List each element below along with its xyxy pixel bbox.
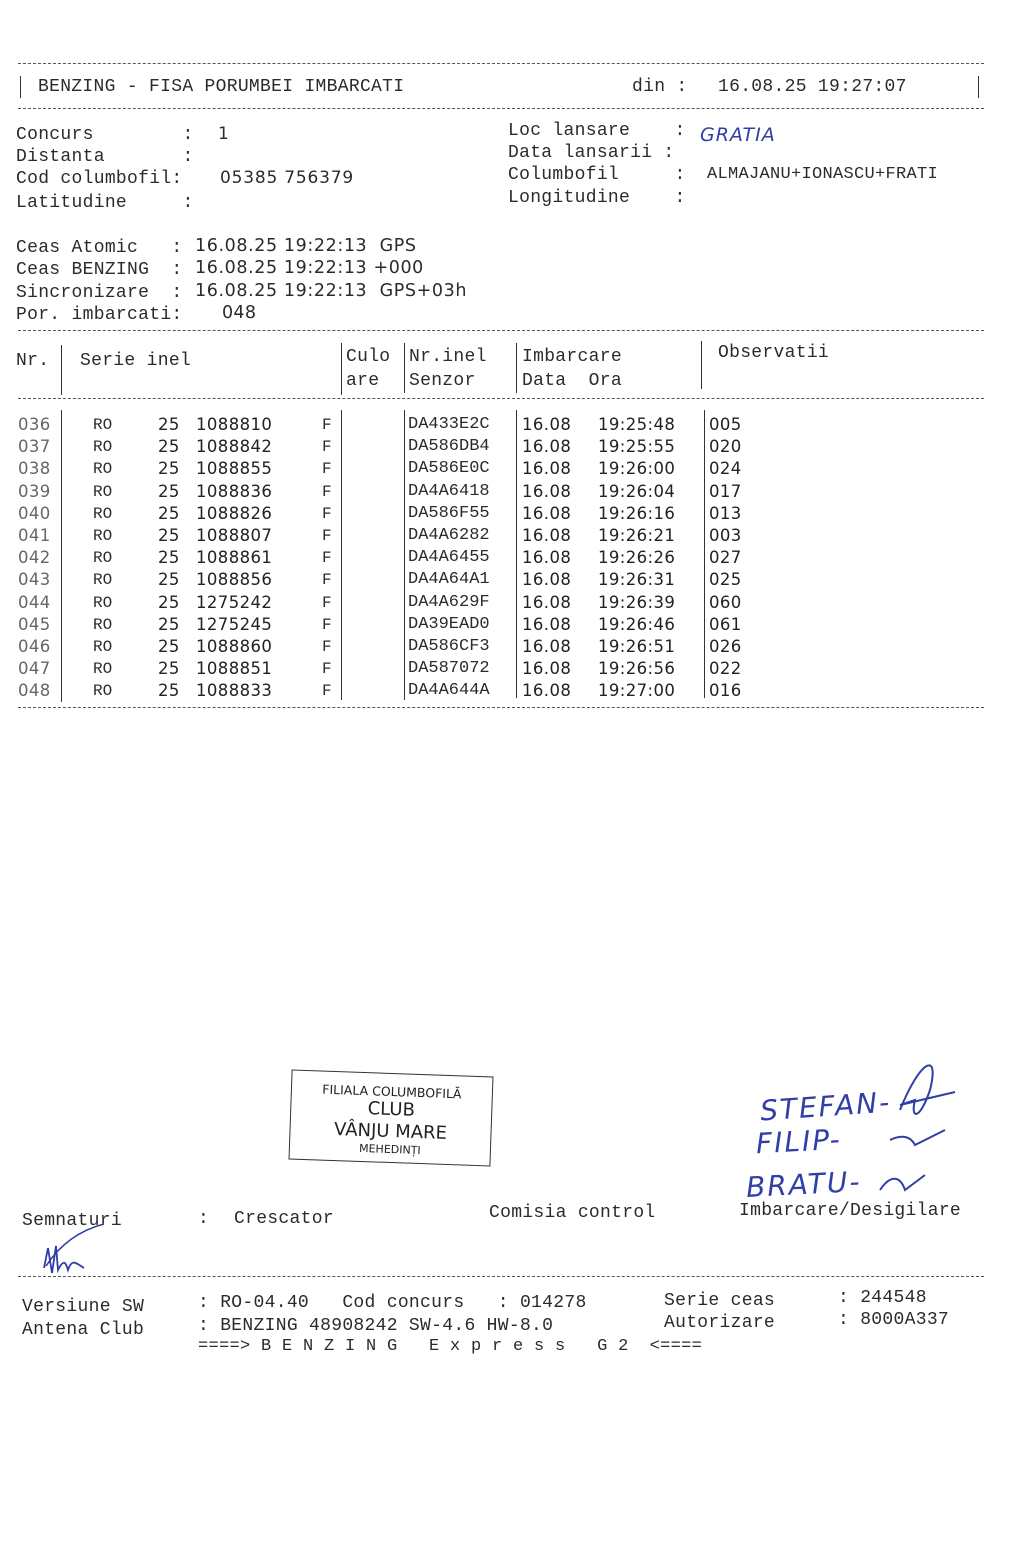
row-sex: F xyxy=(322,569,332,591)
row-date: 16.08 xyxy=(522,525,571,547)
row-country: RO xyxy=(93,503,112,525)
row-observatii: 013 xyxy=(709,503,742,525)
row-observatii: 025 xyxy=(709,569,742,591)
header-culoare-1: Culo xyxy=(346,346,390,369)
loc-lansare-label: Loc lansare : xyxy=(508,120,686,143)
row-ring-number: 1088807 xyxy=(196,525,272,547)
row-ring-number: 1275242 xyxy=(196,592,272,614)
serie-ceas-value: : 244548 xyxy=(838,1287,927,1310)
row-year: 25 xyxy=(158,614,180,636)
row-country: RO xyxy=(93,547,112,569)
row-sensor: DA4A64A1 xyxy=(408,569,490,591)
table-row: 044RO251275242FDA4A629F16.0819:26:39060 xyxy=(0,592,1024,614)
ceas-atomic-label: Ceas Atomic : xyxy=(16,237,183,260)
row-ring-number: 1088855 xyxy=(196,458,272,480)
row-time: 19:27:00 xyxy=(598,680,675,702)
row-time: 19:26:51 xyxy=(598,636,675,658)
table-row: 036RO251088810FDA433E2C16.0819:25:48005 xyxy=(0,414,1024,436)
row-country: RO xyxy=(93,414,112,436)
row-sensor: DA586CF3 xyxy=(408,636,490,658)
divider xyxy=(18,398,984,399)
column-separator xyxy=(516,343,517,393)
row-observatii: 024 xyxy=(709,458,742,480)
row-ring-number: 1088826 xyxy=(196,503,272,525)
row-observatii: 020 xyxy=(709,436,742,458)
semnaturi-colon: : xyxy=(198,1208,209,1231)
row-ring-number: 1088861 xyxy=(196,547,272,569)
row-year: 25 xyxy=(158,658,180,680)
row-observatii: 022 xyxy=(709,658,742,680)
table-row: 041RO251088807FDA4A628216.0819:26:21003 xyxy=(0,525,1024,547)
row-date: 16.08 xyxy=(522,503,571,525)
row-sensor: DA4A6455 xyxy=(408,547,490,569)
row-year: 25 xyxy=(158,436,180,458)
row-nr: 040 xyxy=(18,503,51,525)
row-year: 25 xyxy=(158,592,180,614)
row-time: 19:26:39 xyxy=(598,592,675,614)
row-date: 16.08 xyxy=(522,458,571,480)
concurs-label: Concurs : xyxy=(16,124,194,147)
row-date: 16.08 xyxy=(522,481,571,503)
ceas-benzing-value: 16.08.25 19:22:13 +000 xyxy=(195,257,424,280)
row-sensor: DA4A6418 xyxy=(408,481,490,503)
table-row: 038RO251088855FDA586E0C16.0819:26:00024 xyxy=(0,458,1024,480)
row-sensor: DA39EAD0 xyxy=(408,614,490,636)
longitudine-label: Longitudine : xyxy=(508,187,686,210)
row-date: 16.08 xyxy=(522,547,571,569)
row-country: RO xyxy=(93,436,112,458)
row-country: RO xyxy=(93,481,112,503)
table-row: 042RO251088861FDA4A645516.0819:26:26027 xyxy=(0,547,1024,569)
concurs-value: 1 xyxy=(218,123,229,146)
row-date: 16.08 xyxy=(522,680,571,702)
row-observatii: 017 xyxy=(709,481,742,503)
versiune-sw-value: : RO-04.40 Cod concurs : 014278 xyxy=(198,1292,587,1315)
row-country: RO xyxy=(93,592,112,614)
row-year: 25 xyxy=(158,503,180,525)
document-title: BENZING - FISA PORUMBEI IMBARCATI xyxy=(38,76,404,99)
header-imbarcare-1: Imbarcare xyxy=(522,346,622,369)
divider xyxy=(18,707,984,708)
distanta-label: Distanta : xyxy=(16,146,194,169)
row-observatii: 003 xyxy=(709,525,742,547)
row-country: RO xyxy=(93,658,112,680)
antena-club-value: : BENZING 48908242 SW-4.6 HW-8.0 xyxy=(198,1315,553,1338)
row-time: 19:26:26 xyxy=(598,547,675,569)
benzing-express-banner: ====> B E N Z I N G E x p r e s s G 2 <=… xyxy=(198,1336,702,1359)
row-ring-number: 1088851 xyxy=(196,658,272,680)
row-sex: F xyxy=(322,658,332,680)
row-observatii: 026 xyxy=(709,636,742,658)
header-culoare-2: are xyxy=(346,370,379,393)
row-time: 19:26:00 xyxy=(598,458,675,480)
antena-club-label: Antena Club xyxy=(22,1319,144,1342)
row-sex: F xyxy=(322,547,332,569)
row-sensor: DA4A644A xyxy=(408,680,490,702)
row-time: 19:26:16 xyxy=(598,503,675,525)
row-ring-number: 1088842 xyxy=(196,436,272,458)
row-sensor: DA4A6282 xyxy=(408,525,490,547)
table-row: 039RO251088836FDA4A641816.0819:26:04017 xyxy=(0,481,1024,503)
row-sensor: DA587072 xyxy=(408,658,490,680)
row-nr: 042 xyxy=(18,547,51,569)
row-date: 16.08 xyxy=(522,569,571,591)
divider xyxy=(18,330,984,331)
row-time: 19:26:04 xyxy=(598,481,675,503)
signature-filip: FILIP- xyxy=(755,1123,842,1160)
porumbei-imbarcati-value: 048 xyxy=(222,302,256,325)
row-time: 19:26:56 xyxy=(598,658,675,680)
latitudine-label: Latitudine : xyxy=(16,192,194,215)
row-year: 25 xyxy=(158,414,180,436)
sincronizare-value: 16.08.25 19:22:13 GPS+03h xyxy=(195,280,467,303)
column-separator xyxy=(701,341,702,389)
row-country: RO xyxy=(93,680,112,702)
imbarcare-desigilare-label: Imbarcare/Desigilare xyxy=(739,1200,961,1223)
header-nr-inel-1: Nr.inel xyxy=(409,346,487,369)
row-country: RO xyxy=(93,636,112,658)
row-time: 19:25:48 xyxy=(598,414,675,436)
row-nr: 048 xyxy=(18,680,51,702)
autorizare-value: : 8000A337 xyxy=(838,1309,949,1332)
autorizare-label: Autorizare xyxy=(664,1312,775,1335)
row-time: 19:26:31 xyxy=(598,569,675,591)
header-imbarcare-2: Data Ora xyxy=(522,370,622,393)
row-ring-number: 1088833 xyxy=(196,680,272,702)
loc-lansare-handwritten-value: GRATIA xyxy=(700,124,776,146)
comisia-control-label: Comisia control xyxy=(489,1202,656,1225)
row-sensor: DA586F55 xyxy=(408,503,490,525)
header-border-right xyxy=(978,76,979,98)
data-lansarii-label: Data lansarii : xyxy=(508,142,675,165)
porumbei-imbarcati-label: Por. imbarcati: xyxy=(16,304,183,327)
table-row: 037RO251088842FDA586DB416.0819:25:55020 xyxy=(0,436,1024,458)
row-sex: F xyxy=(322,481,332,503)
row-time: 19:26:46 xyxy=(598,614,675,636)
row-sex: F xyxy=(322,614,332,636)
row-sex: F xyxy=(322,503,332,525)
row-sex: F xyxy=(322,458,332,480)
row-nr: 047 xyxy=(18,658,51,680)
row-nr: 045 xyxy=(18,614,51,636)
divider xyxy=(18,108,984,109)
row-country: RO xyxy=(93,458,112,480)
cod-columbofil-value: 05385 756379 xyxy=(220,167,354,190)
row-time: 19:26:21 xyxy=(598,525,675,547)
row-nr: 046 xyxy=(18,636,51,658)
crescator-label: Crescator xyxy=(234,1208,334,1231)
row-date: 16.08 xyxy=(522,592,571,614)
header-serie-inel: Serie inel xyxy=(80,350,191,373)
sincronizare-label: Sincronizare : xyxy=(16,282,183,305)
row-year: 25 xyxy=(158,636,180,658)
row-year: 25 xyxy=(158,525,180,547)
table-row: 045RO251275245FDA39EAD016.0819:26:46061 xyxy=(0,614,1024,636)
row-ring-number: 1088836 xyxy=(196,481,272,503)
row-ring-number: 1088810 xyxy=(196,414,272,436)
row-nr: 037 xyxy=(18,436,51,458)
column-separator xyxy=(341,343,342,395)
row-year: 25 xyxy=(158,481,180,503)
row-sensor: DA586E0C xyxy=(408,458,490,480)
row-observatii: 061 xyxy=(709,614,742,636)
row-year: 25 xyxy=(158,458,180,480)
row-sex: F xyxy=(322,592,332,614)
signature-bratu: BRATU- xyxy=(745,1165,862,1204)
header-observatii: Observatii xyxy=(718,342,829,365)
header-din-label: din : xyxy=(632,76,688,99)
row-date: 16.08 xyxy=(522,436,571,458)
row-date: 16.08 xyxy=(522,658,571,680)
columbofil-value: ALMAJANU+IONASCU+FRATI xyxy=(707,164,938,187)
row-date: 16.08 xyxy=(522,636,571,658)
row-sensor: DA586DB4 xyxy=(408,436,490,458)
club-stamp: FILIALA COLUMBOFILĂ CLUB VÂNJU MARE MEHE… xyxy=(288,1070,493,1167)
header-nr: Nr. xyxy=(16,350,49,373)
column-separator xyxy=(61,345,62,395)
row-sex: F xyxy=(322,436,332,458)
table-row: 043RO251088856FDA4A64A116.0819:26:31025 xyxy=(0,569,1024,591)
row-nr: 038 xyxy=(18,458,51,480)
columbofil-label: Columbofil : xyxy=(508,164,686,187)
signature-scribbles-icon xyxy=(860,1050,970,1210)
header-timestamp: 16.08.25 19:27:07 xyxy=(718,76,907,99)
header-nr-inel-2: Senzor xyxy=(409,370,476,393)
row-nr: 044 xyxy=(18,592,51,614)
row-sex: F xyxy=(322,680,332,702)
versiune-sw-label: Versiune SW xyxy=(22,1296,144,1319)
row-observatii: 027 xyxy=(709,547,742,569)
row-sensor: DA4A629F xyxy=(408,592,490,614)
ceas-benzing-label: Ceas BENZING : xyxy=(16,259,183,282)
row-country: RO xyxy=(93,614,112,636)
row-observatii: 005 xyxy=(709,414,742,436)
table-row: 040RO251088826FDA586F5516.0819:26:16013 xyxy=(0,503,1024,525)
row-time: 19:25:55 xyxy=(598,436,675,458)
row-date: 16.08 xyxy=(522,414,571,436)
column-separator xyxy=(404,343,405,393)
divider xyxy=(18,63,984,64)
divider xyxy=(18,1276,984,1277)
row-country: RO xyxy=(93,569,112,591)
row-ring-number: 1088860 xyxy=(196,636,272,658)
row-observatii: 016 xyxy=(709,680,742,702)
row-sex: F xyxy=(322,414,332,436)
row-observatii: 060 xyxy=(709,592,742,614)
row-ring-number: 1275245 xyxy=(196,614,272,636)
cod-columbofil-label: Cod columbofil: xyxy=(16,168,183,191)
table-row: 047RO251088851FDA58707216.0819:26:56022 xyxy=(0,658,1024,680)
row-nr: 039 xyxy=(18,481,51,503)
table-row: 046RO251088860FDA586CF316.0819:26:51026 xyxy=(0,636,1024,658)
crescator-signature-icon xyxy=(36,1218,106,1280)
header-border-left xyxy=(20,76,21,98)
row-year: 25 xyxy=(158,547,180,569)
row-nr: 036 xyxy=(18,414,51,436)
row-sex: F xyxy=(322,525,332,547)
row-year: 25 xyxy=(158,680,180,702)
row-date: 16.08 xyxy=(522,614,571,636)
row-year: 25 xyxy=(158,569,180,591)
table-row: 048RO251088833FDA4A644A16.0819:27:00016 xyxy=(0,680,1024,702)
row-nr: 043 xyxy=(18,569,51,591)
serie-ceas-label: Serie ceas xyxy=(664,1290,775,1313)
row-nr: 041 xyxy=(18,525,51,547)
row-sex: F xyxy=(322,636,332,658)
row-sensor: DA433E2C xyxy=(408,414,490,436)
ceas-atomic-value: 16.08.25 19:22:13 GPS xyxy=(195,235,417,258)
row-ring-number: 1088856 xyxy=(196,569,272,591)
row-country: RO xyxy=(93,525,112,547)
